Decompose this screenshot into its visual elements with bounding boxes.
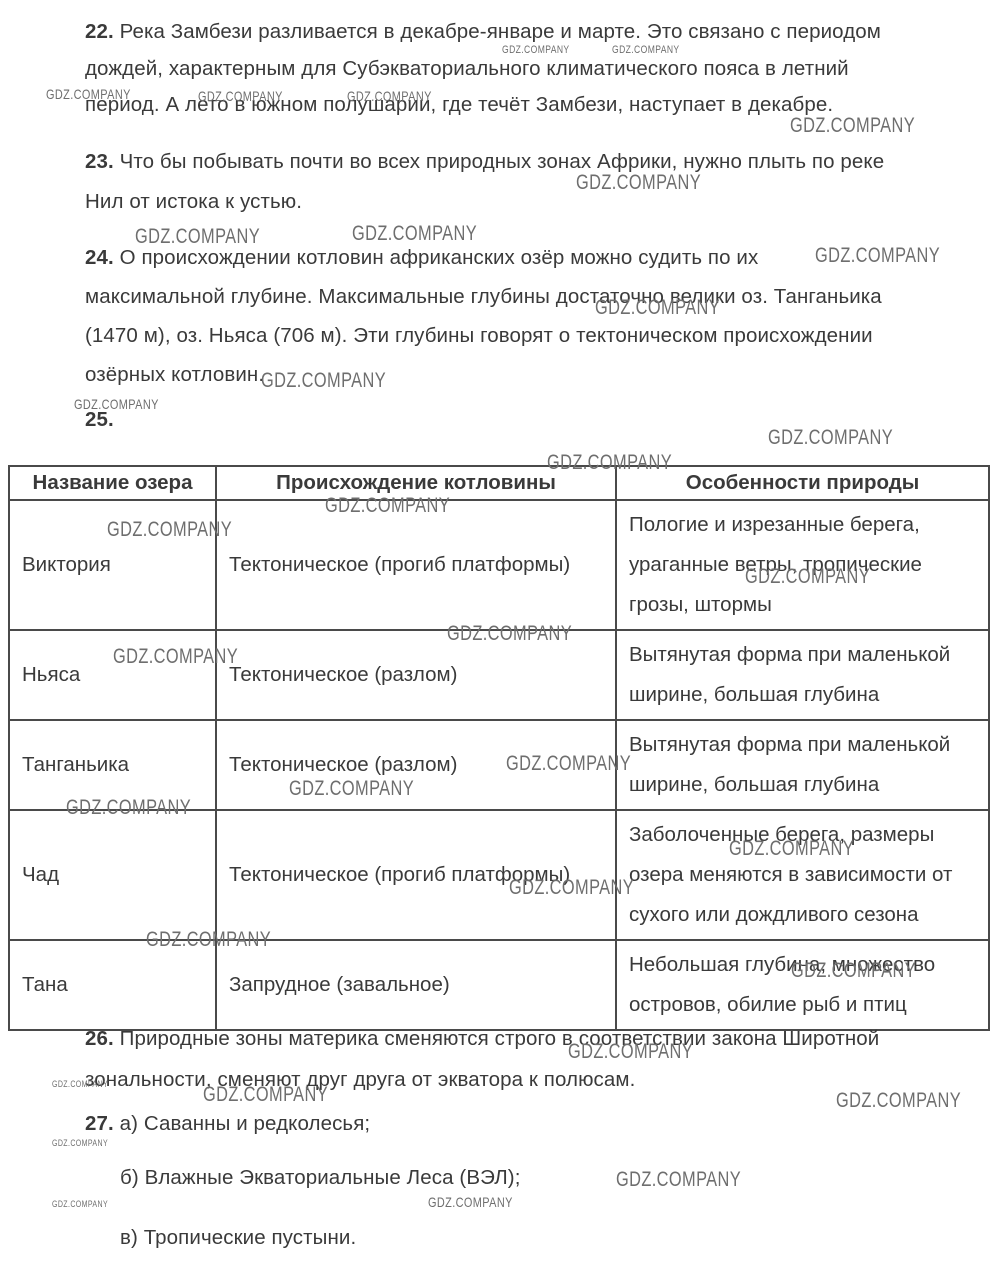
feature-line: Вытянутая форма при маленькой — [629, 725, 982, 765]
text-line: период. А лето в южном полушарии, где те… — [85, 87, 881, 124]
text-line: б) Влажные Экваториальные Леса (ВЭЛ); — [120, 1166, 521, 1190]
answer-text: а) Саванны и редколесья; — [114, 1112, 370, 1135]
watermark-text: GDZ.COMPANY — [428, 1194, 513, 1210]
feature-line: ширине, большая глубина — [629, 675, 982, 715]
table-row: Ньяса Тектоническое (разлом) Вытянутая ф… — [9, 630, 989, 720]
feature-line: сухого или дождливого сезона — [629, 895, 982, 935]
origin-cell: Тектоническое (разлом) — [216, 630, 616, 720]
lake-name-cell: Танганьика — [9, 720, 216, 810]
features-cell: Пологие и изрезанные берега, ураганные в… — [616, 500, 989, 630]
feature-line: Вытянутая форма при маленькой — [629, 635, 982, 675]
text-line: максимальной глубине. Максимальные глуби… — [85, 277, 882, 316]
answer-text: Что бы побывать почти во всех природных … — [114, 150, 884, 173]
features-cell: Заболоченные берега, размеры озера меняю… — [616, 810, 989, 940]
feature-line: Заболоченные берега, размеры — [629, 815, 982, 855]
answer-27c: в) Тропические пустыни. — [120, 1226, 356, 1250]
answer-number: 25. — [85, 408, 114, 431]
text-line: в) Тропические пустыни. — [120, 1226, 356, 1250]
text-line: 24. О происхождении котловин африканских… — [85, 238, 882, 277]
table-header-row: Название озера Происхождение котловины О… — [9, 466, 989, 500]
answer-number: 24. — [85, 246, 114, 269]
column-header-origin: Происхождение котловины — [216, 466, 616, 500]
text-line: (1470 м), оз. Ньяса (706 м). Эти глубины… — [85, 316, 882, 355]
table-row: Виктория Тектоническое (прогиб платформы… — [9, 500, 989, 630]
answer-24: 24. О происхождении котловин африканских… — [85, 238, 882, 394]
text-line: дождей, характерным для Субэкваториально… — [85, 51, 881, 88]
feature-line: Пологие и изрезанные берега, — [629, 505, 982, 545]
feature-line: Небольшая глубина, множество — [629, 945, 982, 985]
answer-text: Река Замбези разливается в декабре-январ… — [114, 20, 881, 43]
text-line: 23. Что бы побывать почти во всех природ… — [85, 142, 884, 182]
scanned-answers-page: 22. Река Замбези разливается в декабре-я… — [0, 0, 1000, 1262]
feature-line: озера меняются в зависимости от — [629, 855, 982, 895]
answer-number: 23. — [85, 150, 114, 173]
lake-name-cell: Виктория — [9, 500, 216, 630]
origin-cell: Запрудное (завальное) — [216, 940, 616, 1030]
text-line: Нил от истока к устью. — [85, 182, 884, 222]
table-row: Танганьика Тектоническое (разлом) Вытяну… — [9, 720, 989, 810]
watermark-text: GDZ.COMPANY — [768, 426, 893, 450]
text-line: озёрных котловин. — [85, 355, 882, 394]
origin-cell: Тектоническое (разлом) — [216, 720, 616, 810]
lake-name: Танганьика — [22, 752, 209, 778]
lakes-table-container: Название озера Происхождение котловины О… — [8, 465, 990, 1031]
column-header-lake-name: Название озера — [9, 466, 216, 500]
text-line: 27. а) Саванны и редколесья; — [85, 1112, 370, 1136]
origin-cell: Тектоническое (прогиб платформы) — [216, 500, 616, 630]
feature-line: грозы, штормы — [629, 585, 982, 625]
answer-number: 27. — [85, 1112, 114, 1135]
lake-name: Виктория — [22, 552, 209, 578]
watermark-text: GDZ.COMPANY — [52, 1199, 108, 1209]
features-cell: Небольшая глубина, множество островов, о… — [616, 940, 989, 1030]
answer-text: Природные зоны материка сменяются строго… — [114, 1027, 880, 1050]
watermark-text: GDZ.COMPANY — [52, 1138, 108, 1148]
table-row: Тана Запрудное (завальное) Небольшая глу… — [9, 940, 989, 1030]
answer-26: 26. Природные зоны материка сменяются ст… — [85, 1018, 879, 1100]
table-row: Чад Тектоническое (прогиб платформы) Заб… — [9, 810, 989, 940]
lake-name-cell: Ньяса — [9, 630, 216, 720]
answer-27b: б) Влажные Экваториальные Леса (ВЭЛ); — [120, 1166, 521, 1190]
text-line: 25. — [85, 408, 114, 432]
origin-text: Тектоническое (прогиб платформы) — [229, 545, 609, 585]
feature-line: ураганные ветры, тропические — [629, 545, 982, 585]
answer-25: 25. — [85, 408, 114, 432]
text-line: 26. Природные зоны материка сменяются ст… — [85, 1018, 879, 1059]
origin-text: Тектоническое (разлом) — [229, 745, 609, 785]
answer-text: О происхождении котловин африканских озё… — [114, 246, 759, 269]
text-line: 22. Река Замбези разливается в декабре-я… — [85, 14, 881, 51]
watermark-text: GDZ.COMPANY — [616, 1168, 741, 1192]
text-line: зональности, сменяют друг друга от экват… — [85, 1059, 879, 1100]
feature-line: ширине, большая глубина — [629, 765, 982, 805]
answer-number: 26. — [85, 1027, 114, 1050]
origin-cell: Тектоническое (прогиб платформы) — [216, 810, 616, 940]
origin-text: Запрудное (завальное) — [229, 965, 609, 1005]
features-cell: Вытянутая форма при маленькой ширине, бо… — [616, 720, 989, 810]
lake-name: Чад — [22, 862, 209, 888]
lake-name: Тана — [22, 972, 209, 998]
answer-27a: 27. а) Саванны и редколесья; — [85, 1112, 370, 1136]
lake-name: Ньяса — [22, 662, 209, 688]
lakes-table: Название озера Происхождение котловины О… — [8, 465, 990, 1031]
column-header-features: Особенности природы — [616, 466, 989, 500]
origin-text: Тектоническое (прогиб платформы) — [229, 855, 609, 895]
lake-name-cell: Тана — [9, 940, 216, 1030]
features-cell: Вытянутая форма при маленькой ширине, бо… — [616, 630, 989, 720]
answer-number: 22. — [85, 20, 114, 43]
lake-name-cell: Чад — [9, 810, 216, 940]
answer-22: 22. Река Замбези разливается в декабре-я… — [85, 14, 881, 124]
origin-text: Тектоническое (разлом) — [229, 655, 609, 695]
answer-23: 23. Что бы побывать почти во всех природ… — [85, 142, 884, 222]
